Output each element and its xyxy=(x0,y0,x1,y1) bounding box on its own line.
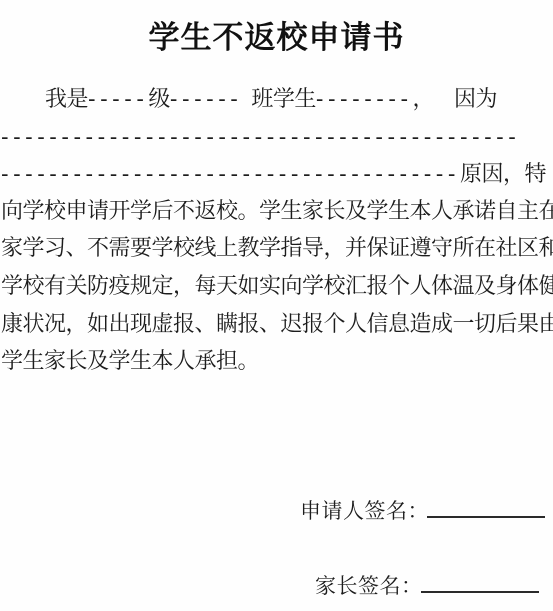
reason-suffix-text: 原因，特 xyxy=(460,162,546,187)
reason-blank-field: -------------------------------------- xyxy=(1,162,460,186)
intro-comma: ， xyxy=(413,87,435,112)
body-text-line: 学生家长及学生本人承担。 xyxy=(1,347,553,377)
grade-label: 级 xyxy=(148,87,170,112)
parent-signature-label: 家长签名： xyxy=(315,574,423,598)
applicant-signature-blank-field xyxy=(427,496,545,518)
student-name-blank-field: -------- xyxy=(316,87,413,111)
applicant-signature-row: 申请人签名： xyxy=(300,496,545,525)
body-text-line: 家学习、不需要学校线上教学指导，并保证遵守所在社区和 xyxy=(1,234,553,264)
application-document: 学生不返校申请书 我是-----级------班学生--------，因为 --… xyxy=(0,0,553,611)
parent-signature-blank-field xyxy=(421,571,539,593)
applicant-signature-label: 申请人签名： xyxy=(300,499,429,523)
parent-signature-row: 家长签名： xyxy=(315,571,539,600)
intro-line: 我是-----级------班学生--------，因为 xyxy=(1,84,553,115)
reason-line-end: --------------------------------------原因… xyxy=(1,159,553,190)
intro-prefix: 我是 xyxy=(45,87,88,112)
class-label: 班学生 xyxy=(251,87,316,112)
body-text-line: 学校有关防疫规定，每天如实向学校汇报个人体温及身体健 xyxy=(1,272,553,302)
body-text-line: 向学校申请开学后不返校。学生家长及学生本人承诺自主在 xyxy=(1,197,553,227)
grade-blank-field: ----- xyxy=(88,87,148,111)
class-blank-field: ------ xyxy=(170,87,242,111)
intro-suffix: 因为 xyxy=(454,87,497,112)
document-title: 学生不返校申请书 xyxy=(0,16,553,60)
body-text-line: 康状况，如出现虚报、瞒报、迟报个人信息造成一切后果由 xyxy=(1,310,553,340)
reason-blank-line: ----------------------------------------… xyxy=(1,122,553,152)
